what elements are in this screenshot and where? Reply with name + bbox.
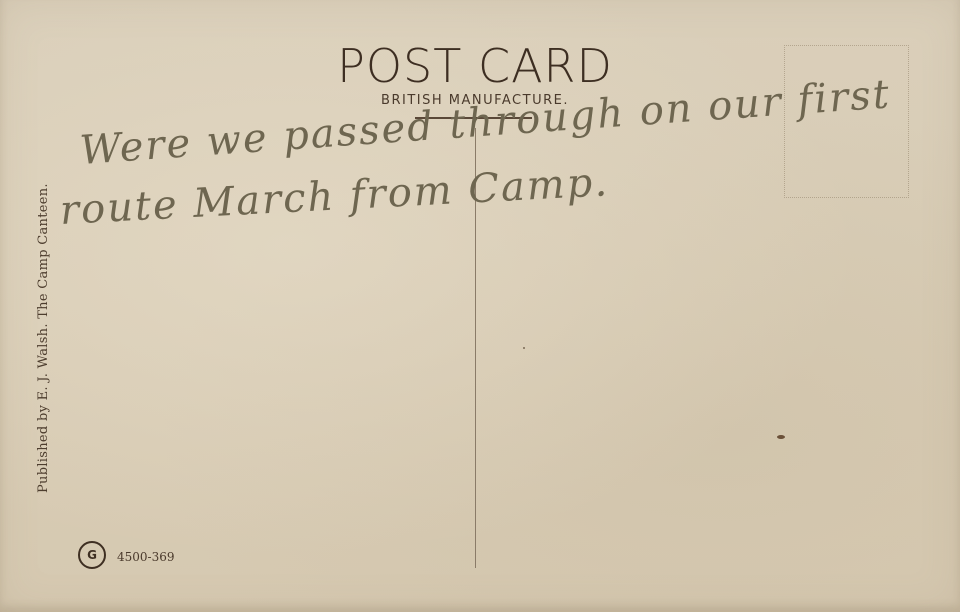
catalog-number: 4500-369	[117, 550, 175, 564]
handwritten-line-2: route March from Camp.	[59, 159, 610, 234]
postcard-back: POST CARD BRITISH MANUFACTURE. Were we p…	[0, 0, 960, 612]
paper-stain	[777, 435, 785, 439]
publisher-logo-icon: G	[78, 541, 106, 569]
logo-letter: G	[87, 548, 97, 562]
publisher-credit: Published by E. J. Walsh. The Camp Cante…	[36, 183, 51, 493]
postcard-title: POST CARD	[330, 38, 620, 94]
paper-speck	[523, 347, 525, 349]
